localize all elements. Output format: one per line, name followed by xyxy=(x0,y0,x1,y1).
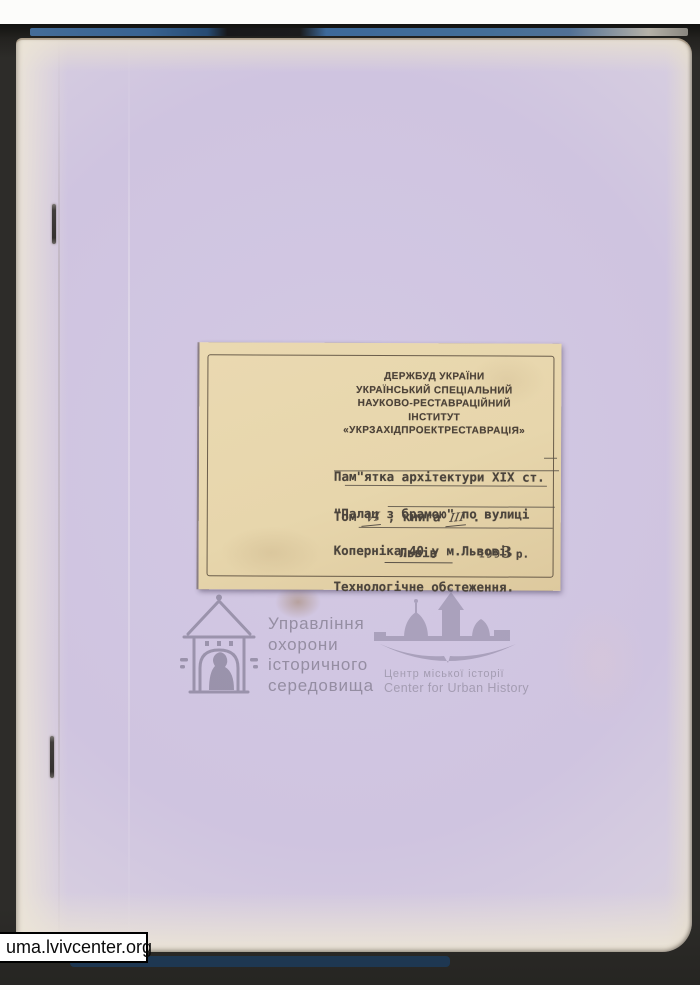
watermark-line: охорони xyxy=(268,635,374,656)
staple-bottom xyxy=(50,736,54,778)
form-ruled-line xyxy=(334,470,559,472)
watermark-line-ukrainian: Центр міської історії xyxy=(384,668,529,681)
uma-source-badge: uma.lvivcenter.org xyxy=(0,932,148,963)
title-line: Технологічне обстеження. xyxy=(333,581,544,594)
form-ruled-line xyxy=(544,458,557,459)
document-title-block: Пам"ятка архітектури XIX ст. "Палац з бр… xyxy=(333,447,544,619)
watermark-line: історичного xyxy=(268,655,374,676)
volume-label: Том xyxy=(334,509,357,524)
imprint-city: Львів xyxy=(385,545,453,563)
title-label: ДЕРЖБУД УКРАЇНИ УКРАЇНСЬКИЙ СПЕЦІАЛЬНИЙ … xyxy=(198,342,561,591)
institution-line: УКРАЇНСЬКИЙ СПЕЦІАЛЬНИЙ xyxy=(315,383,553,398)
volume-number-handwritten: VI xyxy=(361,509,383,527)
book-label: , книга xyxy=(388,509,441,524)
scanned-cover-page: ДЕРЖБУД УКРАЇНИ УКРАЇНСЬКИЙ СПЕЦІАЛЬНИЙ … xyxy=(0,0,700,990)
title-line: Пам"ятка архітектури XIX ст. xyxy=(334,471,545,484)
watermark-line: середовища xyxy=(268,676,374,697)
volume-row: ТомVI, книгаIII. xyxy=(334,509,481,527)
urban-history-watermark-text: Центр міської історії Center for Urban H… xyxy=(384,668,529,696)
institution-line: ІНСТИТУТ xyxy=(315,410,553,425)
imprint-year-suffix: р. xyxy=(516,548,529,561)
paper-stain xyxy=(556,598,646,728)
cover-crease-light xyxy=(128,38,130,952)
source-url-text: uma.lvivcenter.org xyxy=(6,937,152,958)
institution-line: «УКРЗАХІДПРОЕКТРЕСТАВРАЦІЯ» xyxy=(315,424,553,439)
institution-heading: ДЕРЖБУД УКРАЇНИ УКРАЇНСЬКИЙ СПЕЦІАЛЬНИЙ … xyxy=(315,370,553,439)
notebook-cover: ДЕРЖБУД УКРАЇНИ УКРАЇНСЬКИЙ СПЕЦІАЛЬНИЙ … xyxy=(16,38,692,952)
city-gate-tower-logo-icon xyxy=(180,592,258,706)
paper-stain xyxy=(275,585,321,619)
imprint-year-handwritten: 3 xyxy=(501,543,512,562)
watermark-line-english: Center for Urban History xyxy=(384,681,529,696)
imprint-year-typed: 199 xyxy=(478,547,501,560)
volume-period: . xyxy=(473,509,481,524)
cover-crease xyxy=(58,38,60,952)
book-spine-edge-blue xyxy=(30,28,688,36)
heritage-office-watermark-text: Управління охорони історичного середовищ… xyxy=(268,614,374,696)
staple-top xyxy=(52,204,56,244)
imprint-row: Львів1993р. xyxy=(385,542,530,562)
institution-line: ДЕРЖБУД УКРАЇНИ xyxy=(315,370,553,385)
book-number-handwritten: III xyxy=(445,509,468,527)
institution-line: НАУКОВО-РЕСТАВРАЦІЙНИЙ xyxy=(315,397,553,412)
